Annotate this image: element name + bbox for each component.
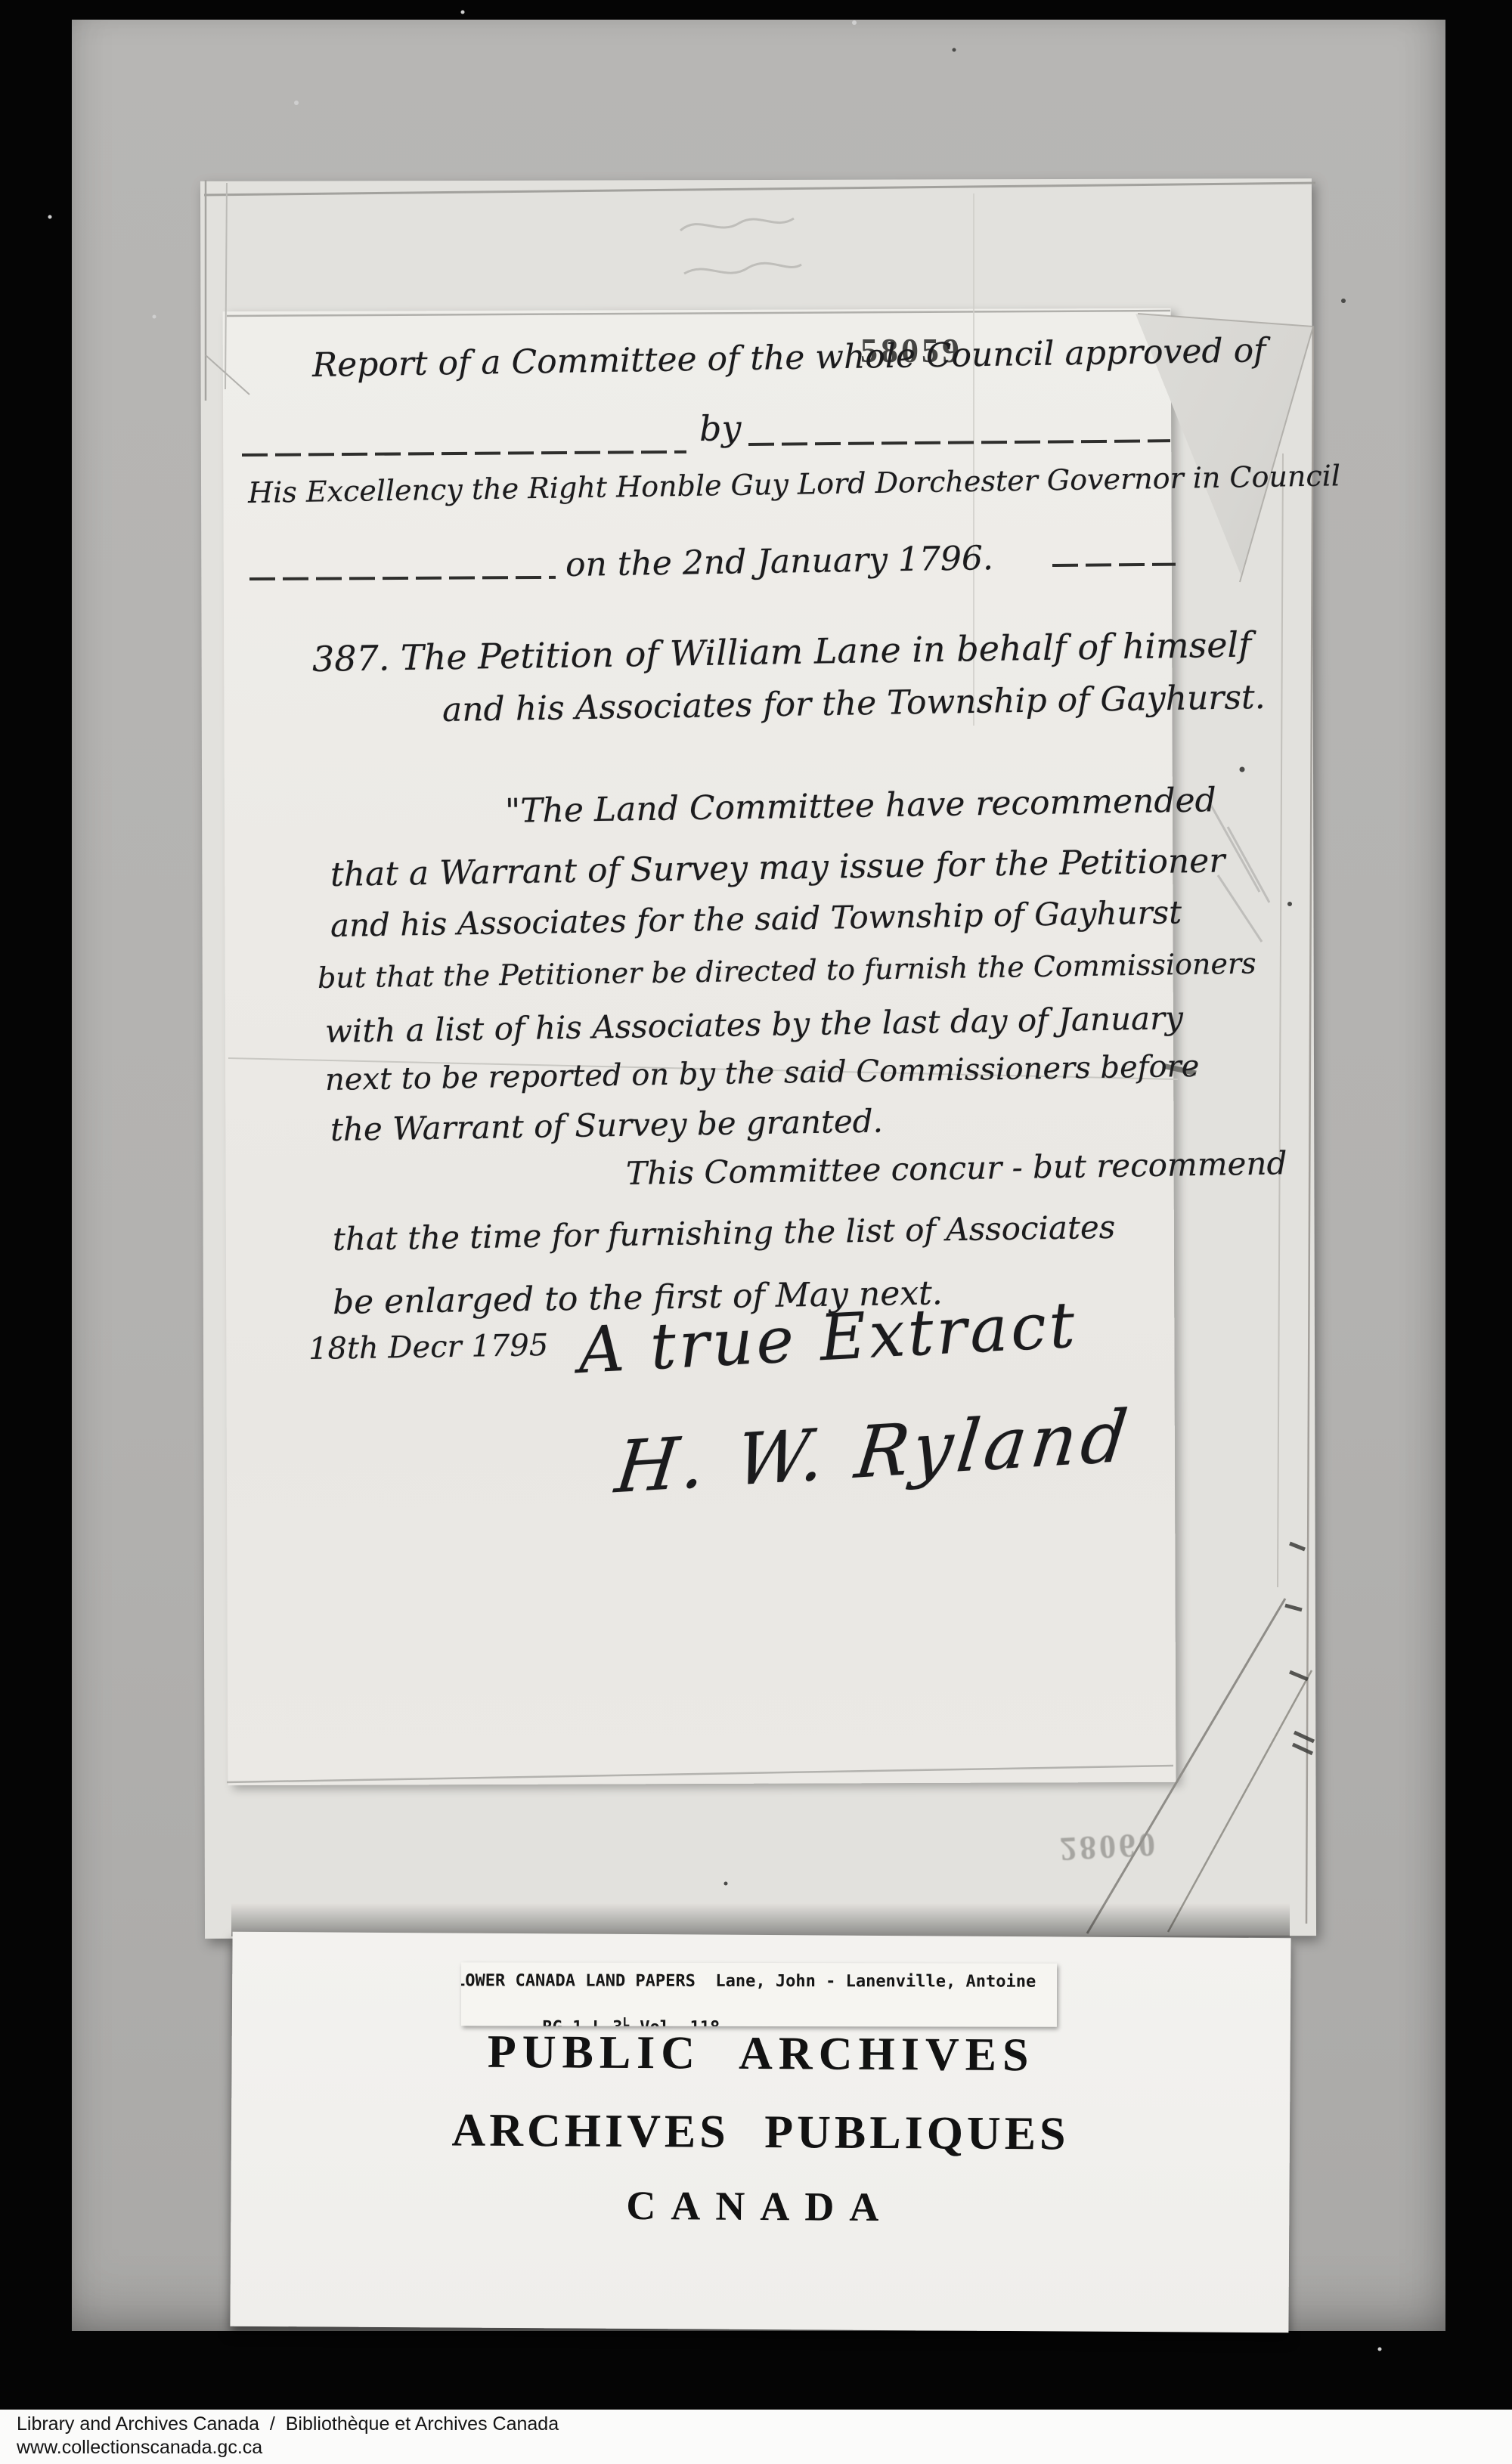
heading-by-word: by xyxy=(699,407,742,449)
show-through-stamp: 28060 xyxy=(1059,1825,1159,1869)
reference-line-2: RG 1 L 3L Vol. 118 xyxy=(482,1995,720,2026)
call-number-superscript: L xyxy=(622,2015,630,2027)
reference-label-strip: LOWER CANADA LAND PAPERS Lane, John - La… xyxy=(461,1962,1057,2026)
footer-line-2: www.collectionscanada.gc.ca xyxy=(17,2437,262,2459)
closing-date: 18th Decr 1795 xyxy=(308,1328,549,1367)
archives-title-fr: ARCHIVES PUBLIQUES xyxy=(231,2103,1290,2163)
archives-title-en: PUBLIC ARCHIVES xyxy=(231,2024,1290,2085)
archives-title-country: CANADA xyxy=(231,2180,1289,2233)
scanned-archival-photo: 58059 Report of a Committee of the whole… xyxy=(0,0,1512,2464)
heading-line-4: on the 2nd January 1796. xyxy=(565,539,994,584)
card-shadow xyxy=(231,1903,1290,1936)
call-number-suffix: Vol. 118 xyxy=(630,2018,720,2027)
footer-line-1: Library and Archives Canada / Bibliothèq… xyxy=(17,2413,559,2435)
footer-bar: Library and Archives Canada / Bibliothèq… xyxy=(0,2410,1512,2464)
reference-line-1: LOWER CANADA LAND PAPERS Lane, John - La… xyxy=(461,1971,1036,1991)
call-number-prefix: RG 1 L 3 xyxy=(542,2018,622,2027)
